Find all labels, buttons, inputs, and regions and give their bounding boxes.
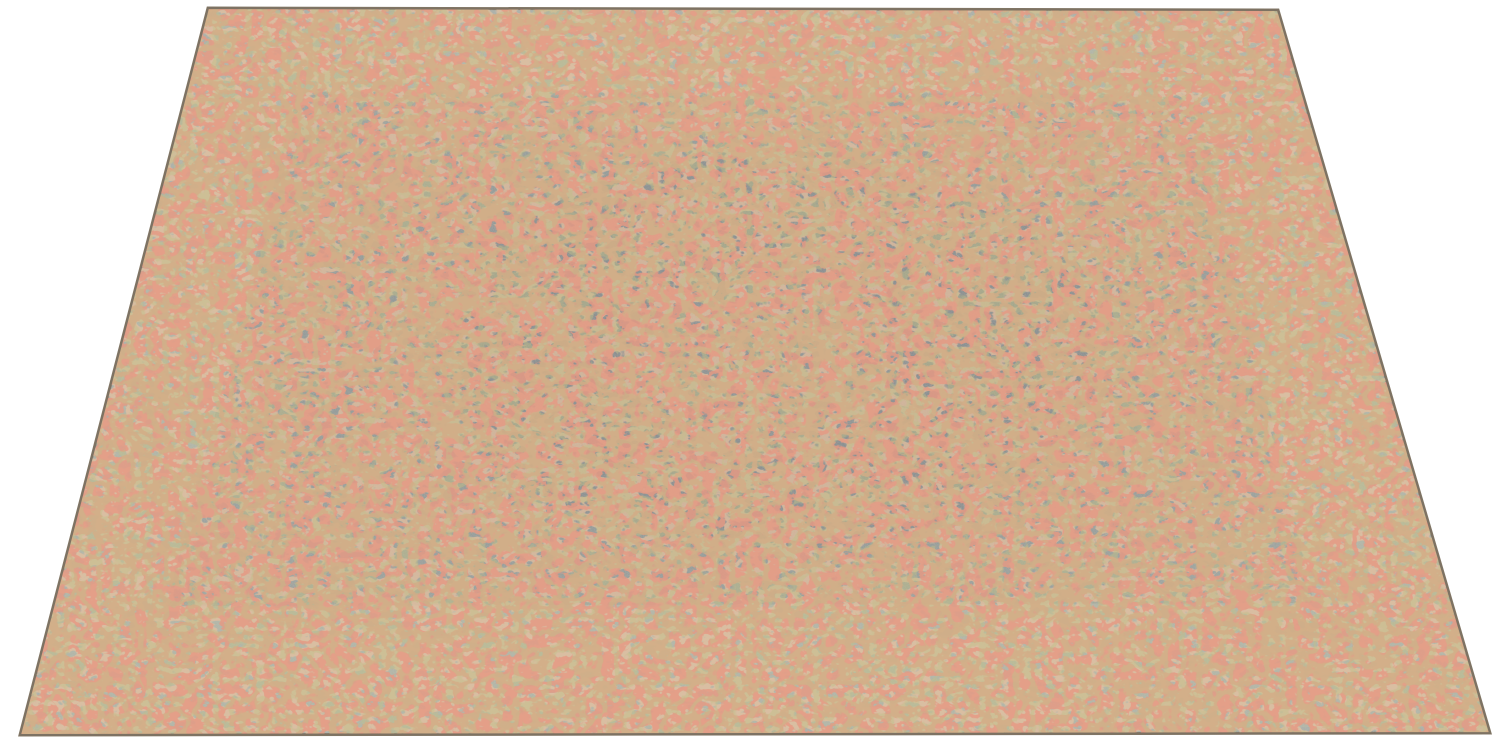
rug-pattern [0,0,1500,749]
rug-illustration [0,0,1500,749]
rug-photo [0,0,1500,749]
